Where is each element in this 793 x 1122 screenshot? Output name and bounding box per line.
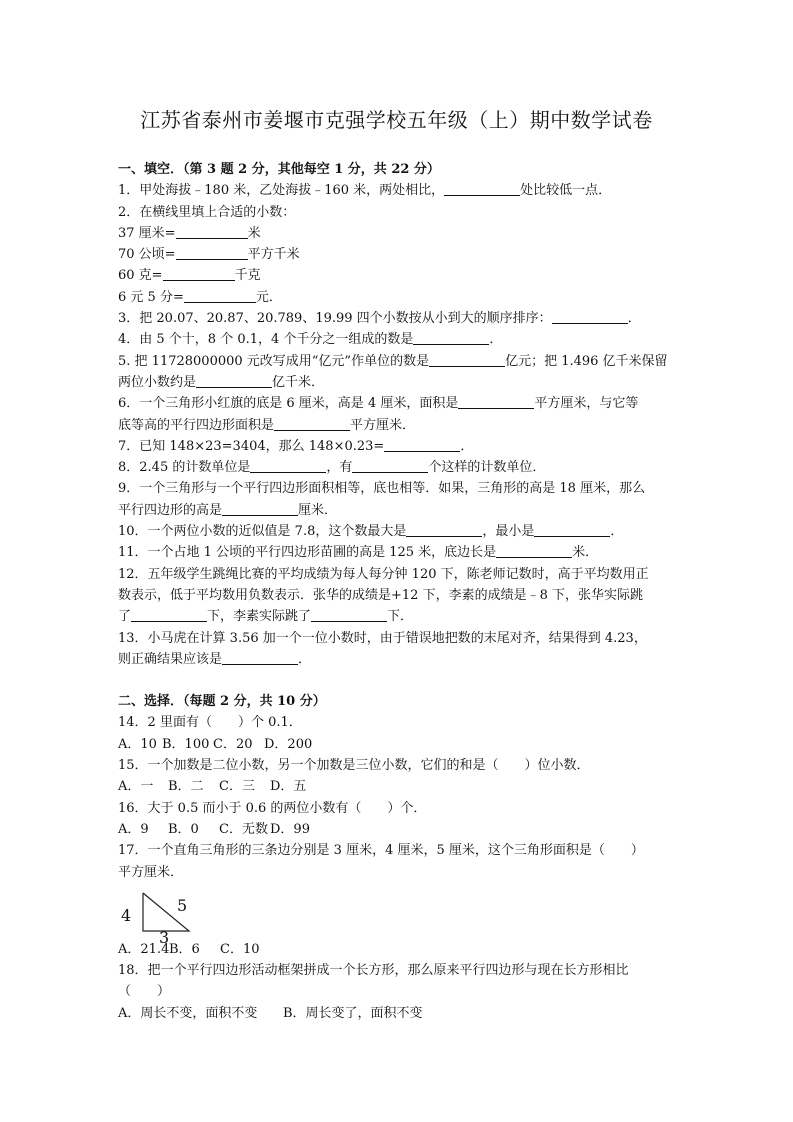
q6-text-2: 底等高的平行四边形面积是 [118,418,274,433]
question-12-cont2: 了下，李素实际跳了下． [118,606,678,627]
option-a[interactable]: A．9 [118,819,168,840]
q7-text-end: ． [460,439,473,454]
answer-blank[interactable] [444,181,520,196]
q5-text: 5. 把 11728000000 元改写成用“亿元”作单位的数是 [118,354,429,369]
question-14-options: A．10B．100C．20D．200 [118,734,678,755]
section-heading-fill: 一、填空．（第 3 题 2 分，其他每空 1 分，共 22 分） [118,159,678,180]
q4-text-end: ． [489,332,502,347]
question-12: 12．五年级学生跳绳比赛的平均成绩为每人每分钟 120 下，陈老师记数时，高于平… [118,564,678,585]
answer-blank[interactable] [274,416,350,431]
question-2a: 37 厘米=米 [118,223,678,244]
answer-blank[interactable] [131,607,207,622]
question-7: 7．已知 148×23=3404，那么 148×0.23=． [118,436,678,457]
answer-blank[interactable] [196,373,272,388]
q2d-text: 6 元 5 分= [118,290,184,305]
option-d[interactable]: D．五 [270,776,306,797]
question-2d: 6 元 5 分=元． [118,287,678,308]
question-8: 8．2.45 的计数单位是，有个这样的计数单位． [118,457,678,478]
question-15: 15．一个加数是二位小数，另一个加数是三位小数，它们的和是（ ）位小数． [118,755,678,776]
question-6-cont: 底等高的平行四边形面积是平方厘米． [118,415,678,436]
question-12-cont: 数表示，低于平均数用负数表示．张华的成绩是+12 下，李素的成绩是﹣8 下，张华… [118,585,678,606]
option-c[interactable]: C．10 [220,939,260,960]
option-b[interactable]: B．周长变了，面积不变 [283,1003,423,1024]
option-b[interactable]: B．6 [169,939,220,960]
question-2: 2．在横线里填上合适的小数： [118,202,678,223]
section-heading-choice: 二、选择．（每题 2 分，共 10 分） [118,691,678,712]
q11-text-end: 米． [572,545,598,560]
question-15-options: A．一B．二C．三D．五 [118,776,678,797]
page-title: 江苏省泰州市姜堰市克强学校五年级（上）期中数学试卷 [0,104,793,133]
answer-blank[interactable] [352,458,428,473]
question-2c: 60 克=千克 [118,265,678,286]
q13-text-2: 则正确结果应该是 [118,652,222,667]
answer-blank[interactable] [222,501,298,516]
question-2b: 70 公顷=平方千米 [118,244,678,265]
q9-text-end: 厘米． [298,503,337,518]
question-18: 18．把一个平行四边形活动框架拼成一个长方形，那么原来平行四边形与现在长方形相比 [118,960,678,981]
q6-text-mid: 平方厘米，与它等 [534,396,638,411]
question-18-cont: （ ） [118,981,678,1002]
question-9-cont: 平行四边形的高是厘米． [118,500,678,521]
question-5: 5. 把 11728000000 元改写成用“亿元”作单位的数是亿元；把 1.4… [118,351,678,372]
q4-text: 4．由 5 个十，8 个 0.1，4 个千分之一组成的数是 [118,332,413,347]
q11-text: 11．一个占地 1 公顷的平行四边形苗圃的高是 125 米，底边长是 [118,545,496,560]
question-5-cont: 两位小数约是亿千米． [118,372,678,393]
answer-blank[interactable] [176,224,248,239]
q12-text-mid: 下，李素实际跳了 [207,609,311,624]
q5-text-end: 亿千米． [272,375,324,390]
q5-text-mid: 亿元；把 1.496 亿千米保留 [505,354,667,369]
exam-page: 江苏省泰州市姜堰市克强学校五年级（上）期中数学试卷 一、填空．（第 3 题 2 … [0,0,793,1122]
option-a[interactable]: A．周长不变，面积不变 [118,1003,283,1024]
section-gap [118,670,678,691]
answer-blank[interactable] [384,437,460,452]
answer-blank[interactable] [534,522,610,537]
question-3: 3．把 20.07、20.87、20.789、19.99 四个小数按从小到大的顺… [118,308,678,329]
option-b[interactable]: B．100 [162,734,213,755]
q10-text-mid: ，最小是 [482,524,534,539]
question-11: 11．一个占地 1 公顷的平行四边形苗圃的高是 125 米，底边长是米． [118,542,678,563]
q8-text: 8．2.45 的计数单位是 [118,460,250,475]
q12-text-3: 了 [118,609,131,624]
question-9: 9．一个三角形与一个平行四边形面积相等，底也相等．如果，三角形的高是 18 厘米… [118,478,678,499]
answer-blank[interactable] [163,266,235,281]
answer-blank[interactable] [184,288,256,303]
q1-text: 1．甲处海拔﹣180 米，乙处海拔﹣160 米，两处相比， [118,183,444,198]
question-4: 4．由 5 个十，8 个 0.1，4 个千分之一组成的数是． [118,329,678,350]
option-a[interactable]: A．10 [118,734,162,755]
answer-blank[interactable] [552,309,628,324]
answer-blank[interactable] [458,394,534,409]
q7-text: 7．已知 148×23=3404，那么 148×0.23= [118,439,384,454]
q9-text-2: 平行四边形的高是 [118,503,222,518]
question-6: 6．一个三角形小红旗的底是 6 厘米，高是 4 厘米，面积是平方厘米，与它等 [118,393,678,414]
question-16-options: A．9B．0C．无数D．99 [118,819,678,840]
q10-text: 10．一个两位小数的近似值是 7.8，这个数最大是 [118,524,406,539]
side-label-3: 3 [159,930,169,946]
option-c[interactable]: C．无数 [219,819,270,840]
question-14: 14．2 里面有（ ）个 0.1． [118,712,678,733]
answer-blank[interactable] [222,650,298,665]
question-13: 13．小马虎在计算 3.56 加一个一位小数时，由于错误地把数的末尾对齐，结果得… [118,628,678,649]
answer-blank[interactable] [176,245,248,260]
option-d[interactable]: D．99 [270,819,310,840]
q8-text-mid: ，有 [326,460,352,475]
q10-text-end: ． [610,524,623,539]
question-16: 16．大于 0.5 而小于 0.6 的两位小数有（ ）个． [118,798,678,819]
option-b[interactable]: B．二 [168,776,219,797]
question-1: 1．甲处海拔﹣180 米，乙处海拔﹣160 米，两处相比，处比较低一点． [118,180,678,201]
answer-blank[interactable] [406,522,482,537]
option-c[interactable]: C．20 [213,734,264,755]
option-c[interactable]: C．三 [219,776,270,797]
answer-blank[interactable] [413,330,489,345]
q2b-text: 70 公顷= [118,247,176,262]
q8-text-end: 个这样的计数单位． [428,460,545,475]
answer-blank[interactable] [250,458,326,473]
question-18-options: A．周长不变，面积不变B．周长变了，面积不变 [118,1003,678,1024]
answer-blank[interactable] [311,607,387,622]
q5-text-2: 两位小数约是 [118,375,196,390]
question-10: 10．一个两位小数的近似值是 7.8，这个数最大是，最小是． [118,521,678,542]
option-b[interactable]: B．0 [168,819,219,840]
option-d[interactable]: D．200 [264,734,312,755]
question-17: 17．一个直角三角形的三条边分别是 3 厘米，4 厘米，5 厘米，这个三角形面积… [118,840,678,861]
question-13-cont: 则正确结果应该是． [118,649,678,670]
right-triangle-figure: 4 5 3 [118,883,238,939]
q1-text-end: 处比较低一点． [520,183,611,198]
q2c-unit: 千克 [235,268,261,283]
option-a[interactable]: A．一 [118,776,168,797]
q2a-text: 37 厘米= [118,226,176,241]
q12-text-end: 下． [387,609,413,624]
q3-text: 3．把 20.07、20.87、20.789、19.99 四个小数按从小到大的顺… [118,311,552,326]
answer-blank[interactable] [496,543,572,558]
q3-text-end: ． [628,311,641,326]
q6-text: 6．一个三角形小红旗的底是 6 厘米，高是 4 厘米，面积是 [118,396,458,411]
q6-text-end: 平方厘米． [350,418,415,433]
answer-blank[interactable] [429,352,505,367]
exam-content: 一、填空．（第 3 题 2 分，其他每空 1 分，共 22 分） 1．甲处海拔﹣… [118,159,678,1024]
q13-text-end: ． [298,652,311,667]
question-17-cont: 平方厘米． [118,862,678,883]
side-label-4: 4 [121,905,131,926]
question-17-options: A．21.4B．6C．10 [118,939,678,960]
q2c-text: 60 克= [118,268,163,283]
q2d-unit: 元． [256,290,282,305]
side-label-5: 5 [177,895,187,916]
q2b-unit: 平方千米 [248,247,300,262]
q2a-unit: 米 [248,226,261,241]
